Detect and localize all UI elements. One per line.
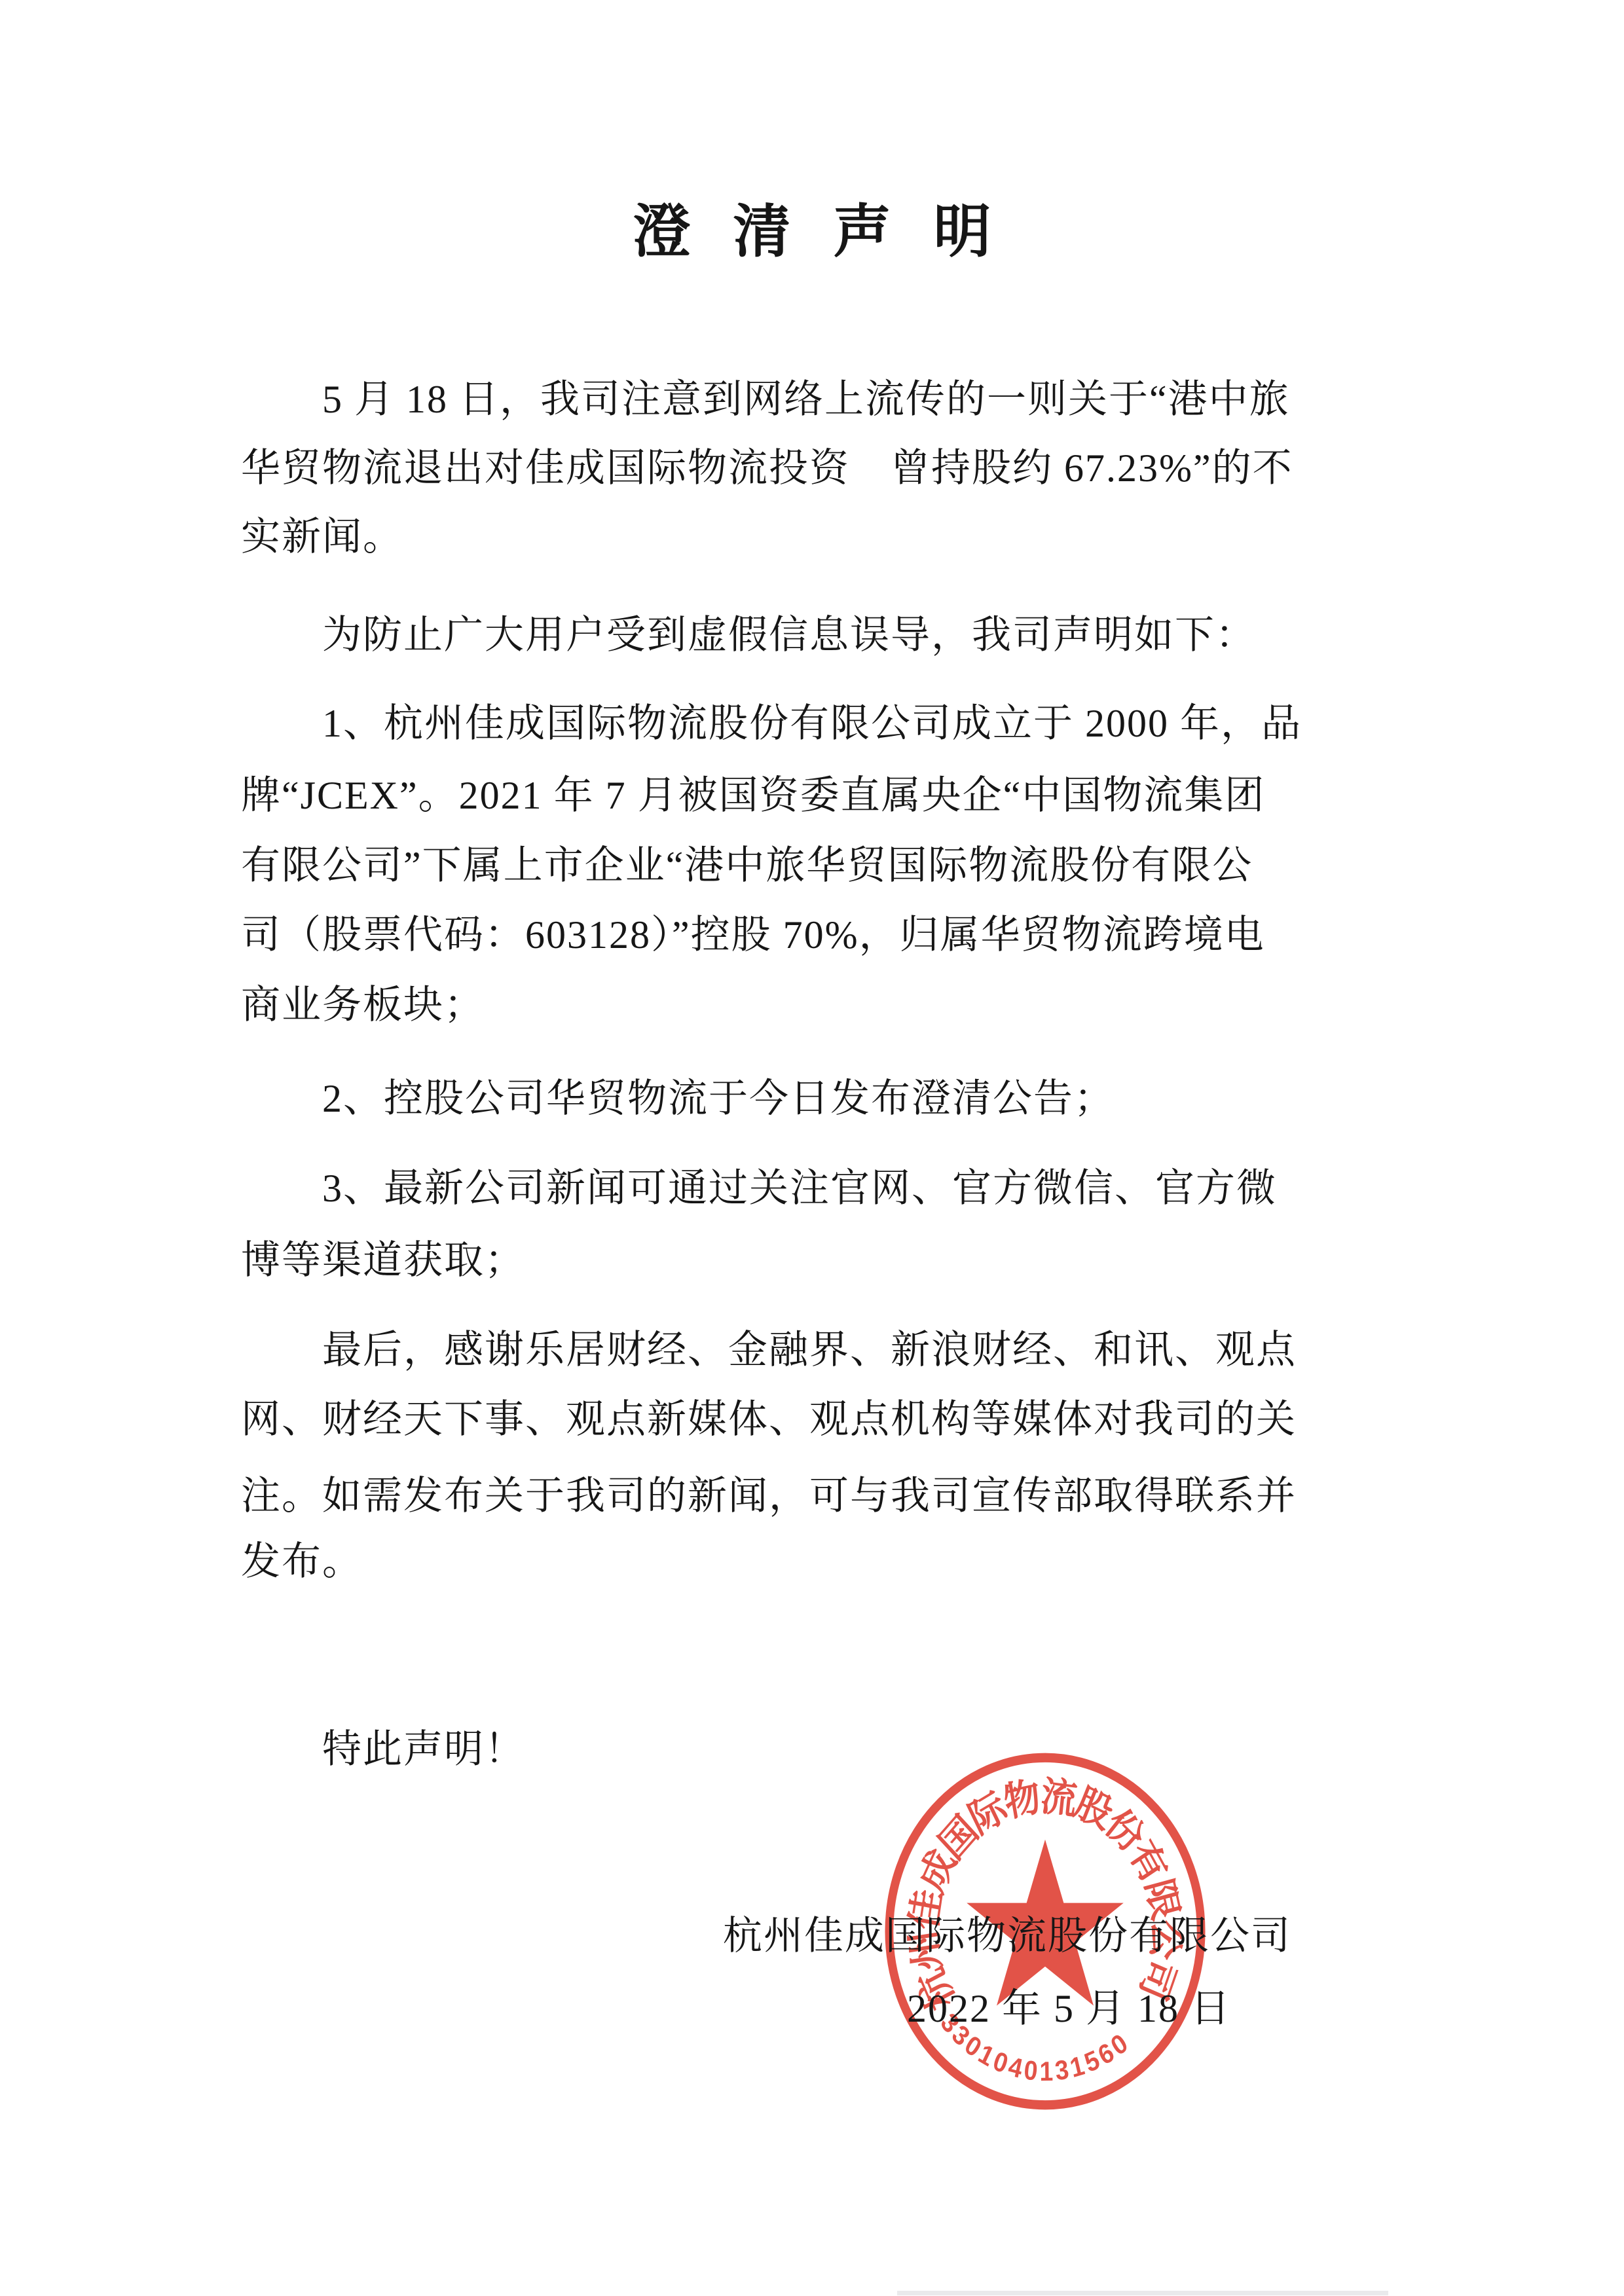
scan-noise-artifact (897, 2291, 1388, 2295)
body-line: 发布。 (241, 1540, 363, 1583)
body-line: 司（股票代码：603128）”控股 70%，归属华贸物流跨境电 (241, 913, 1265, 957)
body-line: 牌“JCEX”。2021 年 7 月被国资委直属央企“中国物流集团 (241, 774, 1265, 817)
body-line: 实新闻。 (241, 515, 403, 558)
body-line: 华贸物流退出对佳成国际物流投资 曾持股约 67.23%”的不 (241, 446, 1293, 490)
closing-statement: 特此声明！ (241, 1728, 525, 1771)
body-line: 有限公司”下属上市企业“港中旅华贸国际物流股份有限公 (241, 844, 1253, 887)
company-signature: 杭州佳成国际物流股份有限公司 (723, 1914, 1291, 1958)
body-line: 1、杭州佳成国际物流股份有限公司成立于 2000 年，品 (241, 702, 1302, 745)
body-line: 5 月 18 日，我司注意到网络上流传的一则关于“港中旅 (241, 378, 1290, 421)
body-line: 商业务板块； (241, 983, 485, 1027)
body-line: 为防止广大用户受到虚假信息误导，我司声明如下： (241, 613, 1256, 657)
body-line: 网、财经天下事、观点新媒体、观点机构等媒体对我司的关 (241, 1398, 1297, 1441)
document-page: 澄清声明 5 月 18 日，我司注意到网络上流传的一则关于“港中旅 华贸物流退出… (0, 0, 1624, 2296)
document-date: 2022 年 5 月 18 日 (907, 1987, 1231, 2030)
body-line: 2、控股公司华贸物流于今日发布澄清公告； (241, 1077, 1115, 1120)
body-line: 博等渠道获取； (241, 1239, 525, 1282)
body-line: 3、最新公司新闻可通过关注官网、官方微信、官方微 (241, 1167, 1277, 1210)
body-line: 最后，感谢乐居财经、金融界、新浪财经、和讯、观点 (241, 1328, 1297, 1372)
body-line: 注。如需发布关于我司的新闻，可与我司宣传部取得联系并 (241, 1474, 1297, 1518)
page-title: 澄清声明 (0, 203, 1624, 263)
